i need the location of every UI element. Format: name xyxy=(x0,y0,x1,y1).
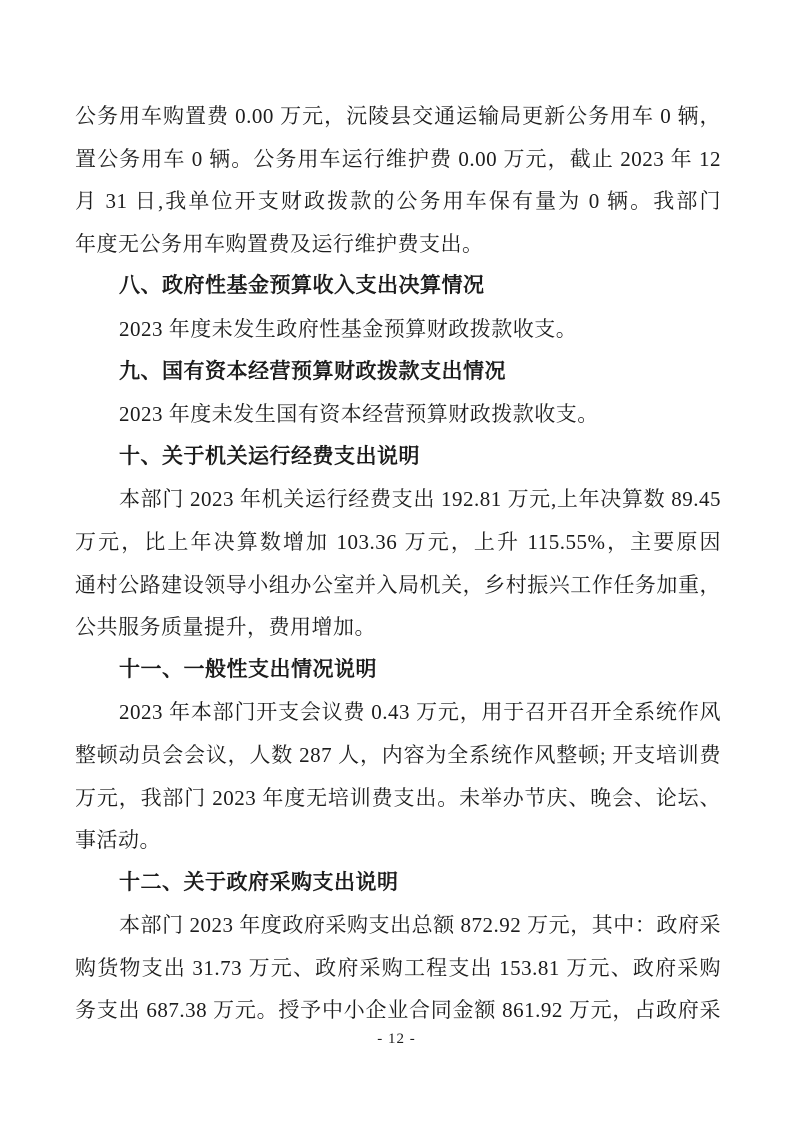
body-line: 整顿动员会会议，人数 287 人，内容为全系统作风整顿; 开支培训费 0 xyxy=(75,734,721,777)
body-line: 万元，比上年决算数增加 103.36 万元，上升 115.55%，主要原因是： xyxy=(75,521,721,564)
body-line: 置公务用车 0 辆。公务用车运行维护费 0.00 万元，截止 2023 年 12 xyxy=(75,138,721,181)
body-line: 购货物支出 31.73 万元、政府采购工程支出 153.81 万元、政府采购服 xyxy=(75,947,721,990)
section-heading-10: 十、关于机关运行经费支出说明 xyxy=(75,436,721,479)
body-line: 2023 年度未发生政府性基金预算财政拨款收支。 xyxy=(75,308,721,351)
document-page: 公务用车购置费 0.00 万元，沅陵县交通运输局更新公务用车 0 辆，购 置公务… xyxy=(0,0,793,1122)
body-line: 万元，我部门 2023 年度无培训费支出。未举办节庆、晚会、论坛、赛 xyxy=(75,777,721,820)
body-line: 月 31 日,我单位开支财政拨款的公务用车保有量为 0 辆。我部门 2023 xyxy=(75,180,721,223)
body-line: 务支出 687.38 万元。授予中小企业合同金额 861.92 万元，占政府采 xyxy=(75,989,721,1032)
body-line: 年度无公务用车购置费及运行维护费支出。 xyxy=(75,223,721,266)
body-line: 公务用车购置费 0.00 万元，沅陵县交通运输局更新公务用车 0 辆，购 xyxy=(75,95,721,138)
body-line: 2023 年本部门开支会议费 0.43 万元，用于召开召开全系统作风 xyxy=(75,691,721,734)
body-line: 事活动。 xyxy=(75,819,721,862)
body-line: 本部门 2023 年机关运行经费支出 192.81 万元,上年决算数 89.45 xyxy=(75,478,721,521)
paragraph-operating-expense: 本部门 2023 年机关运行经费支出 192.81 万元,上年决算数 89.45… xyxy=(75,478,721,648)
paragraph-state-capital: 2023 年度未发生国有资本经营预算财政拨款收支。 xyxy=(75,393,721,436)
paragraph-general-expense: 2023 年本部门开支会议费 0.43 万元，用于召开召开全系统作风 整顿动员会… xyxy=(75,691,721,861)
body-line: 本部门 2023 年度政府采购支出总额 872.92 万元，其中：政府采 xyxy=(75,904,721,947)
paragraph-procurement: 本部门 2023 年度政府采购支出总额 872.92 万元，其中：政府采 购货物… xyxy=(75,904,721,1032)
body-line: 2023 年度未发生国有资本经营预算财政拨款收支。 xyxy=(75,393,721,436)
body-line: 通村公路建设领导小组办公室并入局机关，乡村振兴工作任务加重， xyxy=(75,564,721,607)
body-line: 公共服务质量提升，费用增加。 xyxy=(75,606,721,649)
section-heading-9: 九、国有资本经营预算财政拨款支出情况 xyxy=(75,351,721,394)
paragraph-govt-fund: 2023 年度未发生政府性基金预算财政拨款收支。 xyxy=(75,308,721,351)
document-content: 公务用车购置费 0.00 万元，沅陵县交通运输局更新公务用车 0 辆，购 置公务… xyxy=(75,95,721,1032)
section-heading-11: 十一、一般性支出情况说明 xyxy=(75,649,721,692)
paragraph-vehicle-expense: 公务用车购置费 0.00 万元，沅陵县交通运输局更新公务用车 0 辆，购 置公务… xyxy=(75,95,721,265)
page-number: - 12 - xyxy=(0,1031,793,1048)
section-heading-12: 十二、关于政府采购支出说明 xyxy=(75,862,721,905)
section-heading-8: 八、政府性基金预算收入支出决算情况 xyxy=(75,265,721,308)
